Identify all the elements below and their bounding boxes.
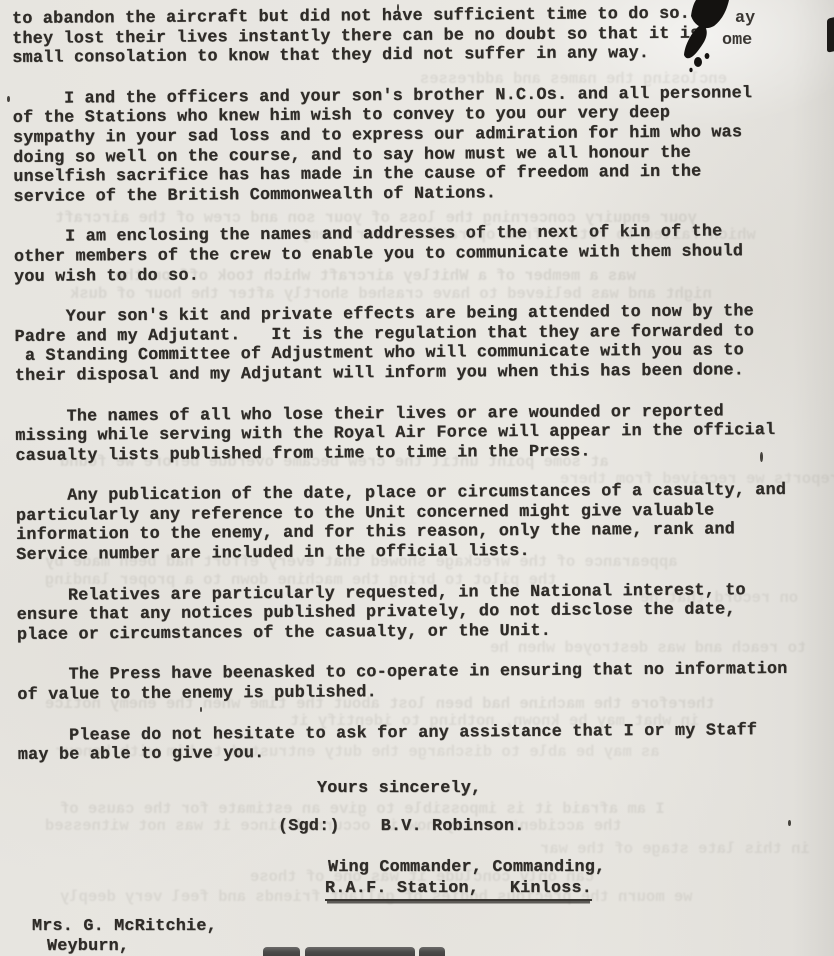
toolbar-tab-button[interactable] (305, 947, 415, 956)
station-underlined-text: R.A.F. Station, Kinloss. (325, 879, 592, 901)
scanned-letter-page: { "document": { "paragraphs": [ {"lines"… (0, 0, 834, 956)
letter-paragraph: to abandon the aircraft but did not have… (12, 4, 824, 69)
ink-speck (397, 4, 399, 11)
ink-speck (7, 96, 10, 102)
obscured-text-fragment: ay (735, 9, 755, 28)
signatory-title: Wing Commander, Commanding, (328, 858, 605, 877)
letter-paragraph: Your son's kit and private effects are b… (14, 302, 827, 387)
letter-paragraph: The names of all who lose their lives or… (15, 401, 827, 466)
bleedthrough-text: in this late stage of the war (540, 840, 810, 858)
recipient-name: Mrs. G. McRitchie, (32, 917, 217, 936)
ink-speck (200, 707, 202, 712)
recipient-address: Weyburn, (47, 937, 129, 956)
letter-paragraph: The Press have beenasked to co-operate i… (17, 660, 829, 706)
ink-speck (760, 452, 763, 462)
letter-paragraph: Relatives are particularly requested, in… (17, 580, 829, 645)
obscured-text-fragment: ome (722, 31, 752, 50)
letter-paragraph: Any publication of the date, place or ci… (16, 481, 829, 566)
bleedthrough-text: I am afraid it is impossible to give an … (60, 800, 665, 818)
toolbar-tab-button[interactable] (419, 947, 445, 956)
letter-paragraph: I and the officers and your son's brothe… (13, 83, 826, 207)
toolbar-tab-button[interactable] (263, 947, 300, 956)
letter-body: to abandon the aircraft but did not have… (12, 4, 830, 787)
page-tear-mark (827, 17, 834, 52)
letter-paragraph: Please do not hesitate to ask for any as… (18, 720, 830, 766)
valediction: Yours sincerely, (317, 779, 481, 798)
signature-line: (Sgd:) B.V. Robinson. (278, 817, 525, 836)
ink-speck (788, 820, 791, 826)
station-line: R.A.F. Station, Kinloss. (325, 879, 592, 898)
letter-paragraph: I am enclosing the names and addresses o… (14, 222, 826, 287)
